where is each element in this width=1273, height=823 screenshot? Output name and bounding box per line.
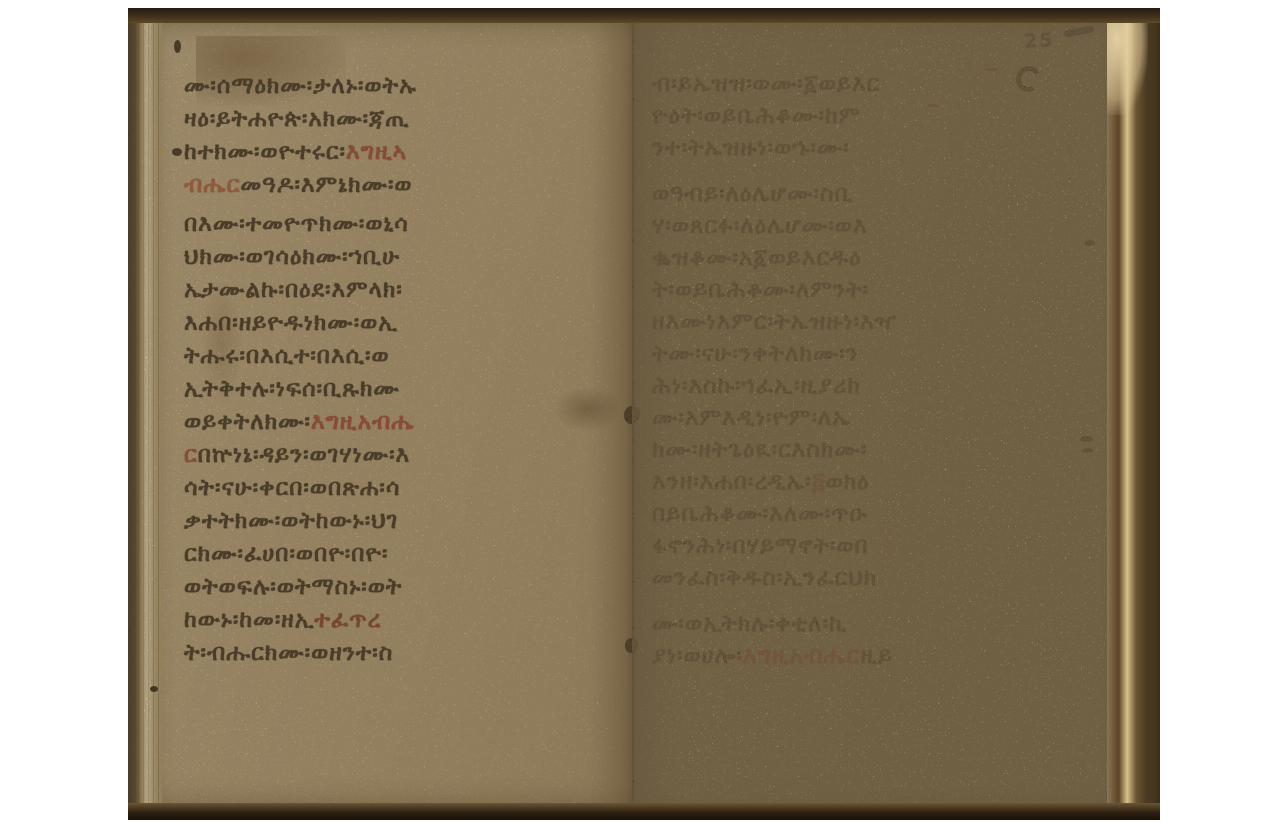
text-line: ርክሙ፡ፈሀበ፡ወበዮ፡በዮ፡ (184, 538, 417, 571)
body-text: ሙ፡ወኢትክሉ፡ቀቲለ፡ኪ (652, 611, 847, 637)
body-text: መንፈስ፡ቅዱስ፡ኢንፈርህክ (652, 565, 877, 591)
body-text: ቃተትክሙ፡ወትከውኑ፡ህገ (184, 508, 398, 534)
text-line: እሐበ፡ዘይዮዱነክሙ፡ወኢ (184, 307, 417, 340)
text-line: ህክሙ፡ወገሳዕክሙ፡ኀቢሁ (184, 241, 417, 274)
text-line: ኤታሙልኩ፡በዕደ፡እምላክ፡ (184, 274, 417, 307)
body-text: ያነ፡ወሀሎ፡ (652, 643, 743, 669)
text-line: መንፈስ፡ቅዱስ፡ኢንፈርህክ (652, 562, 897, 594)
body-text: ወክዕ (826, 469, 870, 495)
text-line: ፋኖንሕነ፡በሃይማኖት፡ወበ (652, 530, 897, 562)
body-text: ፋኖንሕነ፡በሃይማኖት፡ወበ (652, 533, 869, 559)
text-line: ኢትቅተሉ፡ነፍሰ፡ቢጹክሙ (184, 373, 417, 406)
text-line: ያነ፡ወሀሎ፡እግዚአብሔርዚይ (652, 640, 897, 672)
text-line: ዛዕ፡ይትሐዮጵ፡አክሙ፡ጃጢ (184, 103, 417, 136)
margin-speck (1080, 436, 1093, 442)
rubric-text: እግዚአብሔር (743, 643, 860, 669)
body-text: ትሙ፡ናሁ፡ንቀትለክሙ፡ን (652, 341, 859, 367)
rubric-text: እግዚኣ (346, 139, 407, 165)
text-line: ሙ፡ወኢትክሉ፡ቀቲለ፡ኪ (652, 608, 897, 640)
margin-speck (1084, 240, 1095, 246)
body-text: ሙ፡ሰማዕክሙ፡ታለኑ፡ወትኡ (184, 73, 417, 99)
red-tick-mark (928, 104, 938, 107)
margin-speck (150, 686, 158, 692)
body-text: ሙ፡እምእዲነ፡ዮም፡ለኤ (652, 405, 851, 431)
red-tick-mark (986, 68, 998, 71)
text-line: በእሙ፡ተመዮጥክሙ፡ወኒሳ (184, 208, 417, 241)
rubric-text: እግዚአብሔ (311, 409, 415, 435)
text-line: ሕነ፡እስኩ፡ኀፈኢ፡ዚያሪክ (652, 370, 897, 402)
manuscript-photo: ሙ፡ሰማዕክሙ፡ታለኑ፡ወትኡዛዕ፡ይትሐዮጵ፡አክሙ፡ጃጢከተክሙ፡ወዮተሩር… (128, 8, 1160, 820)
body-text: በይቤሕቆሙ፡እለሙ፡ጥዑ (652, 501, 868, 527)
text-line: ወትወፍሉ፡ወትማስኑ፡ወት (184, 571, 417, 604)
left-page: ሙ፡ሰማዕክሙ፡ታለኑ፡ወትኡዛዕ፡ይትሐዮጵ፡አክሙ፡ጃጢከተክሙ፡ወዮተሩር… (162, 22, 632, 804)
text-line: በይቤሕቆሙ፡እለሙ፡ጥዑ (652, 498, 897, 530)
text-line: ት፡ወይቤሕቆሙ፡ለምንት፡ (652, 274, 897, 306)
body-text: ህክሙ፡ወገሳዕክሙ፡ኀቢሁ (184, 244, 400, 270)
margin-speck (172, 148, 182, 156)
text-line: ትሙ፡ናሁ፡ንቀትለክሙ፡ን (652, 338, 897, 370)
body-text: ወትወፍሉ፡ወትማስኑ፡ወት (184, 574, 402, 600)
bottom-board-edge (128, 803, 1160, 820)
text-line: ሃ፡ወጸርፉ፡ለዕሌሆሙ፡ወእ (652, 210, 897, 242)
text-line: ወዓብይ፡ለዕሌሆሙ፡ስቢ (652, 178, 897, 210)
rubric-text: ተፈጥረ (314, 607, 381, 633)
body-text: ከተክሙ፡ወዮተሩር፡ (184, 139, 346, 165)
body-text: በኵነኔ፡ዳይን፡ወገሃነሙ፡እ (198, 442, 410, 468)
text-line: ብ፡ይኤዝዝ፡ወሙ፡፩ወይእር (652, 68, 897, 100)
body-text: ከውኑ፡ከመ፡ዘኢ (184, 607, 314, 633)
left-page-text: ሙ፡ሰማዕክሙ፡ታለኑ፡ወትኡዛዕ፡ይትሐዮጵ፡አክሙ፡ጃጢከተክሙ፡ወዮተሩር… (184, 70, 417, 670)
margin-speck (174, 40, 181, 53)
text-line: ትሑሩ፡በእሲተ፡በእሲ፡ወ (184, 340, 417, 373)
text-line: ወይቀትለክሙ፡እግዚአብሔ (184, 406, 417, 439)
text-line: ሙ፡ሰማዕክሙ፡ታለኑ፡ወትኡ (184, 70, 417, 103)
text-line: ቈዝቆሙ፡አ፩ወይእርዱዕ (652, 242, 897, 274)
left-page-edge-lines (138, 8, 160, 820)
rubric-text: ብሔር (184, 172, 240, 198)
text-line: ሳት፡ናሁ፡ቀርበ፡ወበጽሐ፡ሳ (184, 472, 417, 505)
body-text: ትሑሩ፡በእሲተ፡በእሲ፡ወ (184, 343, 390, 369)
text-line: ት፡ብሑርክሙ፡ወዘንተ፡ስ (184, 637, 417, 670)
body-text: ብ፡ይኤዝዝ፡ወሙ፡፩ወይእር (652, 71, 880, 97)
rubric-text: ፭ (811, 469, 825, 495)
margin-speck (1082, 448, 1093, 453)
page-number: 25 (1023, 29, 1055, 53)
text-line: ሙ፡እምእዲነ፡ዮም፡ለኤ (652, 402, 897, 434)
body-text: ኤታሙልኩ፡በዕደ፡እምላክ፡ (184, 277, 403, 303)
fore-edge-board (1107, 8, 1160, 820)
text-line: ቃተትክሙ፡ወትከውኑ፡ህገ (184, 505, 417, 538)
body-text: ት፡ወይቤሕቆሙ፡ለምንት፡ (652, 277, 869, 303)
body-text: መዓዶ፡እምኔክሙ፡ወ (240, 172, 412, 198)
rubric-text: ር (184, 442, 198, 468)
body-text: በእሙ፡ተመዮጥክሙ፡ወኒሳ (184, 211, 409, 237)
body-text: ኢትቅተሉ፡ነፍሰ፡ቢጹክሙ (184, 376, 400, 402)
body-text: ወዓብይ፡ለዕሌሆሙ፡ስቢ (652, 181, 854, 207)
body-text: ዮዕት፡ወይቤሕቆሙ፡ከም (652, 103, 861, 129)
body-text: እንዘ፡እሐበ፡ረዲኤ፡ (652, 469, 811, 495)
text-line: ንተ፡ትኤዝዙነ፡ወኁ፡ሙ፡ (652, 132, 897, 164)
body-text: ወይቀትለክሙ፡ (184, 409, 311, 435)
body-text: ክሙ፡ዘትጌዕዪ፡ርእስክሙ፡ (652, 437, 867, 463)
body-text: ንተ፡ትኤዝዙነ፡ወኁ፡ሙ፡ (652, 135, 850, 161)
body-text: ርክሙ፡ፈሀበ፡ወበዮ፡በዮ፡ (184, 541, 388, 567)
text-line: ዘእሙነእምር፡ትኤዝዙነ፡እዣ (652, 306, 897, 338)
body-text: ት፡ብሑርክሙ፡ወዘንተ፡ስ (184, 640, 393, 666)
body-text: ዘእሙነእምር፡ትኤዝዙነ፡እዣ (652, 309, 897, 335)
body-text: ሳት፡ናሁ፡ቀርበ፡ወበጽሐ፡ሳ (184, 475, 400, 501)
body-text: ቈዝቆሙ፡አ፩ወይእርዱዕ (652, 245, 862, 271)
body-text: ሃ፡ወጸርፉ፡ለዕሌሆሙ፡ወእ (652, 213, 867, 239)
text-line: እንዘ፡እሐበ፡ረዲኤ፡፭ወክዕ (652, 466, 897, 498)
text-line: ክሙ፡ዘትጌዕዪ፡ርእስክሙ፡ (652, 434, 897, 466)
text-line: ብሔርመዓዶ፡እምኔክሙ፡ወ (184, 169, 417, 202)
text-line: ርበኵነኔ፡ዳይን፡ወገሃነሙ፡እ (184, 439, 417, 472)
body-text: እሐበ፡ዘይዮዱነክሙ፡ወኢ (184, 310, 398, 336)
body-text: ዛዕ፡ይትሐዮጵ፡አክሙ፡ጃጢ (184, 106, 409, 132)
right-page-text: ብ፡ይኤዝዝ፡ወሙ፡፩ወይእርዮዕት፡ወይቤሕቆሙ፡ከምንተ፡ትኤዝዙነ፡ወኁ፡… (652, 68, 897, 672)
text-line: ከተክሙ፡ወዮተሩር፡እግዚኣ (184, 136, 417, 169)
right-page: ብ፡ይኤዝዝ፡ወሙ፡፩ወይእርዮዕት፡ወይቤሕቆሙ፡ከምንተ፡ትኤዝዙነ፡ወኁ፡… (632, 22, 1107, 804)
text-line: ዮዕት፡ወይቤሕቆሙ፡ከም (652, 100, 897, 132)
top-board-edge (128, 8, 1160, 23)
text-line: ከውኑ፡ከመ፡ዘኢተፈጥረ (184, 604, 417, 637)
body-text: ሕነ፡እስኩ፡ኀፈኢ፡ዚያሪክ (652, 373, 861, 399)
body-text: ዚይ (860, 643, 893, 669)
